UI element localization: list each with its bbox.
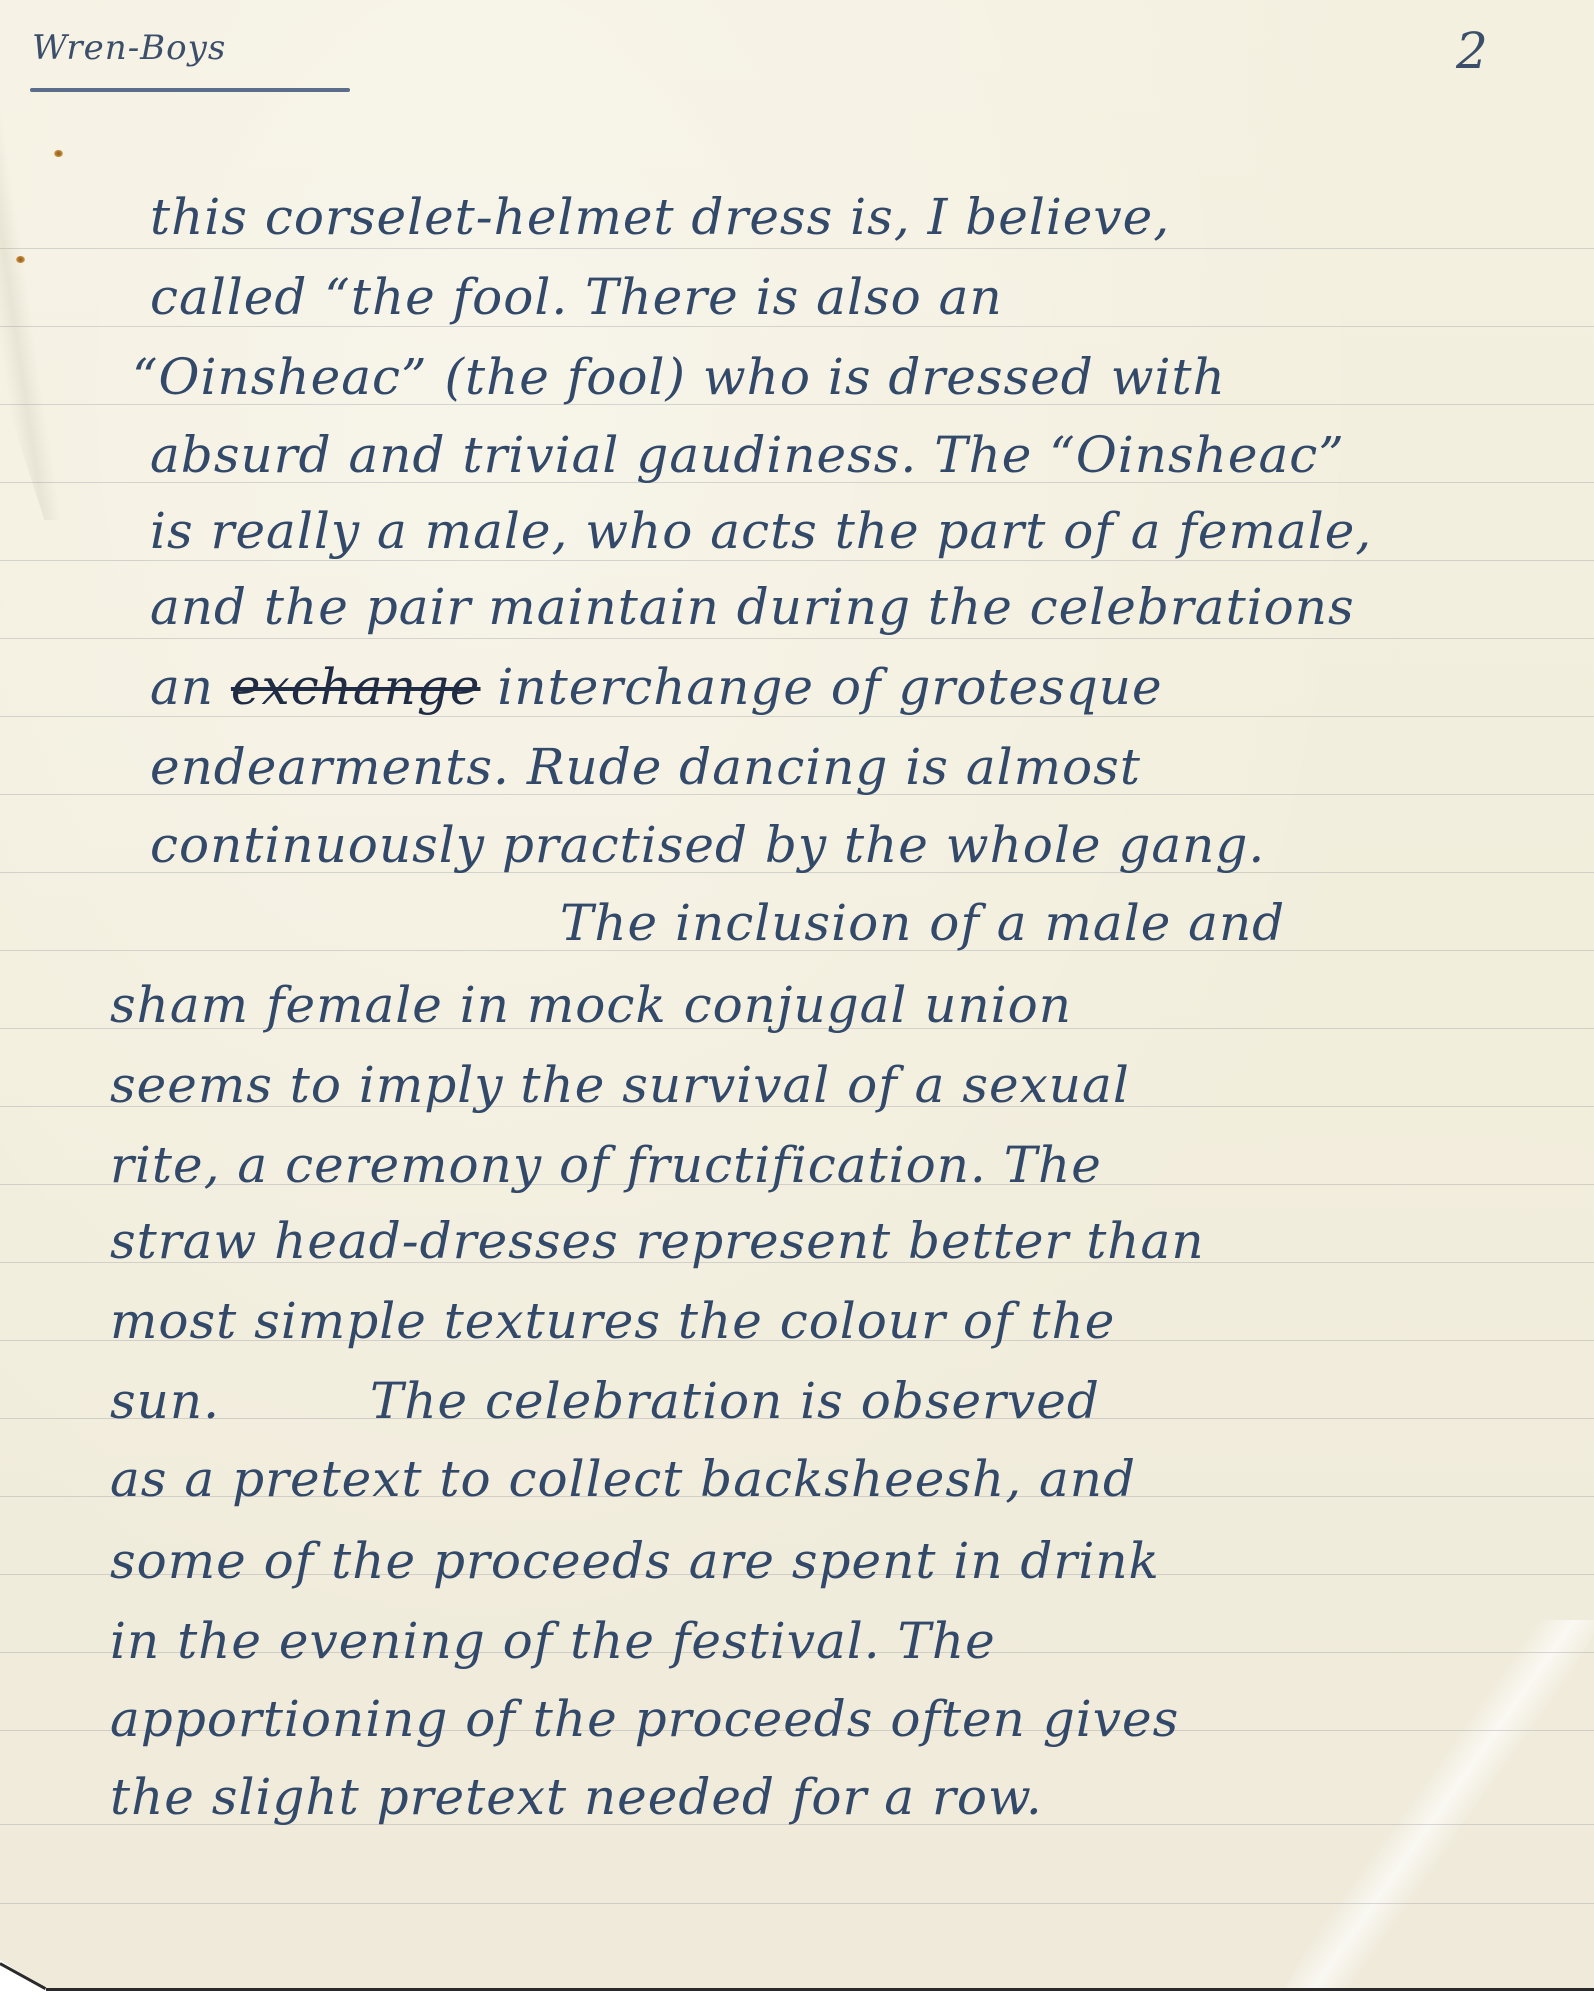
- text-segment: sun.: [110, 1372, 220, 1430]
- text-line: is really a male, who acts the part of a…: [150, 502, 1372, 560]
- text-line: the slight pretext needed for a row.: [110, 1768, 1043, 1826]
- rust-spot: [54, 150, 63, 157]
- ruled-line: [0, 326, 1594, 327]
- text-line: apportioning of the proceeds often gives: [110, 1690, 1179, 1748]
- page-number: 2: [1456, 22, 1489, 80]
- text-line: as a pretext to collect backsheesh, and: [110, 1450, 1136, 1508]
- ruled-line: [0, 1903, 1594, 1904]
- struck-through-word: exchange: [231, 658, 481, 716]
- ruled-line: [0, 248, 1594, 249]
- text-line: this corselet-helmet dress is, I believe…: [150, 188, 1170, 246]
- header-underline: [30, 88, 350, 92]
- rust-spot: [16, 256, 25, 263]
- text-line: sham female in mock conjugal union: [110, 976, 1072, 1034]
- text-line: absurd and trivial gaudiness. The “Oinsh…: [150, 426, 1345, 484]
- text-line-indented: The inclusion of a male and: [560, 894, 1285, 952]
- text-line: called “the fool. There is also an: [150, 268, 1003, 326]
- ruled-line: [0, 560, 1594, 561]
- text-line: and the pair maintain during the celebra…: [150, 578, 1355, 636]
- text-line: continuously practised by the whole gang…: [150, 816, 1265, 874]
- ruled-line: [0, 716, 1594, 717]
- text-line: most simple textures the colour of the: [110, 1292, 1115, 1350]
- text-line: endearments. Rude dancing is almost: [150, 738, 1141, 796]
- text-segment: The celebration is observed: [370, 1372, 1100, 1430]
- ruled-line: [0, 638, 1594, 639]
- text-line: seems to imply the survival of a sexual: [110, 1056, 1130, 1114]
- text-line: in the evening of the festival. The: [110, 1612, 996, 1670]
- text-line: straw head-dresses represent better than: [110, 1212, 1205, 1270]
- page-header-title: Wren-Boys: [32, 28, 226, 68]
- manuscript-page: Wren-Boys 2 this corselet-helmet dress i…: [0, 0, 1594, 1990]
- text-line: sun.The celebration is observed: [110, 1372, 1100, 1430]
- paper-crease: [1279, 1620, 1594, 2000]
- text-line: rite, a ceremony of fructification. The: [110, 1136, 1102, 1194]
- text-line: some of the proceeds are spent in drink: [110, 1532, 1160, 1590]
- text-line: an exchange interchange of grotesque: [150, 658, 1163, 716]
- text-line: “Oinsheac” (the fool) who is dressed wit…: [132, 348, 1226, 406]
- text-segment: interchange of grotesque: [497, 658, 1162, 716]
- text-segment: an: [150, 658, 231, 716]
- paper-edge: [46, 1988, 1594, 1991]
